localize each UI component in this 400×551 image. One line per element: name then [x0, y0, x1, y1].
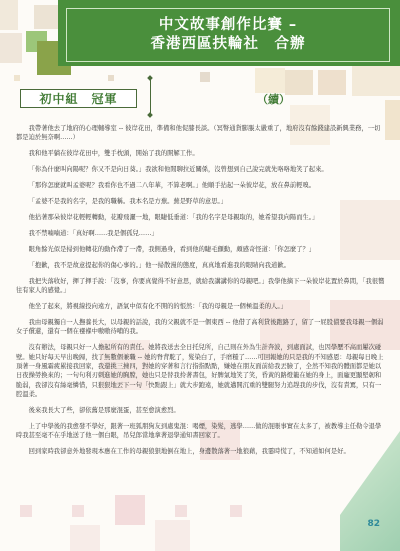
story-body: 我帶著他去了地府的心理輔導室 -- 彼岸花田，準備和他促膝長談。（冥幣通貨膨脹太…	[16, 124, 386, 463]
decor-square	[115, 495, 145, 525]
paragraph: 我和他平躺在彼岸花田中，雙手枕頭，開始了我的開解工作。	[16, 149, 386, 158]
divider-dot-top	[147, 75, 153, 81]
decor-square	[72, 505, 84, 517]
decor-square	[108, 75, 114, 81]
paragraph: 後來我長大了些，卻依舊是那麼混蛋，甚至愈演愈烈。	[16, 406, 386, 415]
divider-dot-bottom	[147, 112, 153, 118]
paragraph: 我把失落收好，揮了揮手說：「沒事，你要真覺得不好意思，就給我講講你的母親吧。」我…	[16, 277, 386, 296]
paragraph: 他坐了起來，將視線投向遠方，語氣中似有化不開的的悵然：「我的母親是一個極溫柔的人…	[16, 302, 386, 311]
decor-square	[318, 70, 346, 95]
title-line-1: 中文故事創作比賽 –	[159, 16, 297, 35]
paragraph: 上了中學後的我愈發不學好，跟著一班狐朋狗友到處鬼混：喝煙，染髮，逃學……做的混賬…	[16, 422, 386, 441]
decor-square	[70, 525, 100, 551]
paragraph: 沒有辦法，母親只好一人擔起所有的責任。她將我送去全日托兒所，自己則在外為生計奔波…	[16, 343, 386, 399]
decor-square	[34, 5, 58, 29]
paragraph: 「那你怎麼就叫孟婆呢？我看你也不過二八年華，不算老啊。」他順手拈起一朵彼岸花，放…	[16, 181, 386, 190]
decor-square	[255, 68, 285, 93]
title-frame: 中文故事創作比賽 – 香港西區扶輪社 合辦	[66, 8, 390, 62]
decor-square	[155, 520, 190, 551]
paragraph: 「抱歉，我不是故意提起你的傷心事的。」他一掃散漫的態度，真真地看進我的眼睛向我道…	[16, 261, 386, 270]
paragraph: 「你為什麼叫向陽呢？你又不是向日葵。」我欲和他閒聊拉近關係，沒曾想到自己說完就先…	[16, 165, 386, 174]
paragraph: 「孟婆不是我的名字，是我的職稱。我本名是方蕪。蕪是野草的意思。」	[16, 197, 386, 206]
decor-square	[175, 505, 187, 517]
decor-square	[20, 505, 32, 517]
paragraph: 他拈著那朵彼岸花輕輕轉動，花瓣飛灑一地，眼睫低垂道：「我的名字是母親取的，她希望…	[16, 213, 386, 222]
decor-square	[14, 75, 20, 81]
continued-label: （續）	[257, 91, 290, 107]
paragraph: 我不禁喃喃道：「真好啊……我是個孤兒……」	[16, 229, 386, 238]
decor-square	[230, 505, 242, 517]
decor-square	[200, 72, 210, 82]
decor-square	[0, 0, 18, 30]
page-number: 82	[367, 519, 380, 529]
paragraph: 我由母親獨自一人撫養長大，以母親的話說，我的父親就不是一個東西 -- 他借了高利…	[16, 318, 386, 337]
divider-line	[150, 78, 151, 115]
decor-square	[0, 33, 22, 63]
paragraph: 我帶著他去了地府的心理輔導室 -- 彼岸花田，準備和他促膝長談。（冥幣通貨膨脹太…	[16, 124, 386, 143]
decor-square	[385, 100, 400, 140]
decor-square	[352, 66, 400, 96]
award-label: 初中組 冠軍	[39, 90, 117, 107]
title-line-2: 香港西區扶輪社 合辦	[151, 35, 306, 54]
paragraph: 眼角餘光似是掃到他轉花的動作滯了一滯，我側過身，看到他的睫毛顫動，頗感奇怪道：「…	[16, 245, 386, 254]
award-label-box: 初中組 冠軍	[20, 89, 137, 108]
paragraph: 回到家時我卻意外地發現本應在工作的母親狼狽地倒在地上，身邊散落著一地狼藉，我霎時…	[16, 447, 386, 456]
